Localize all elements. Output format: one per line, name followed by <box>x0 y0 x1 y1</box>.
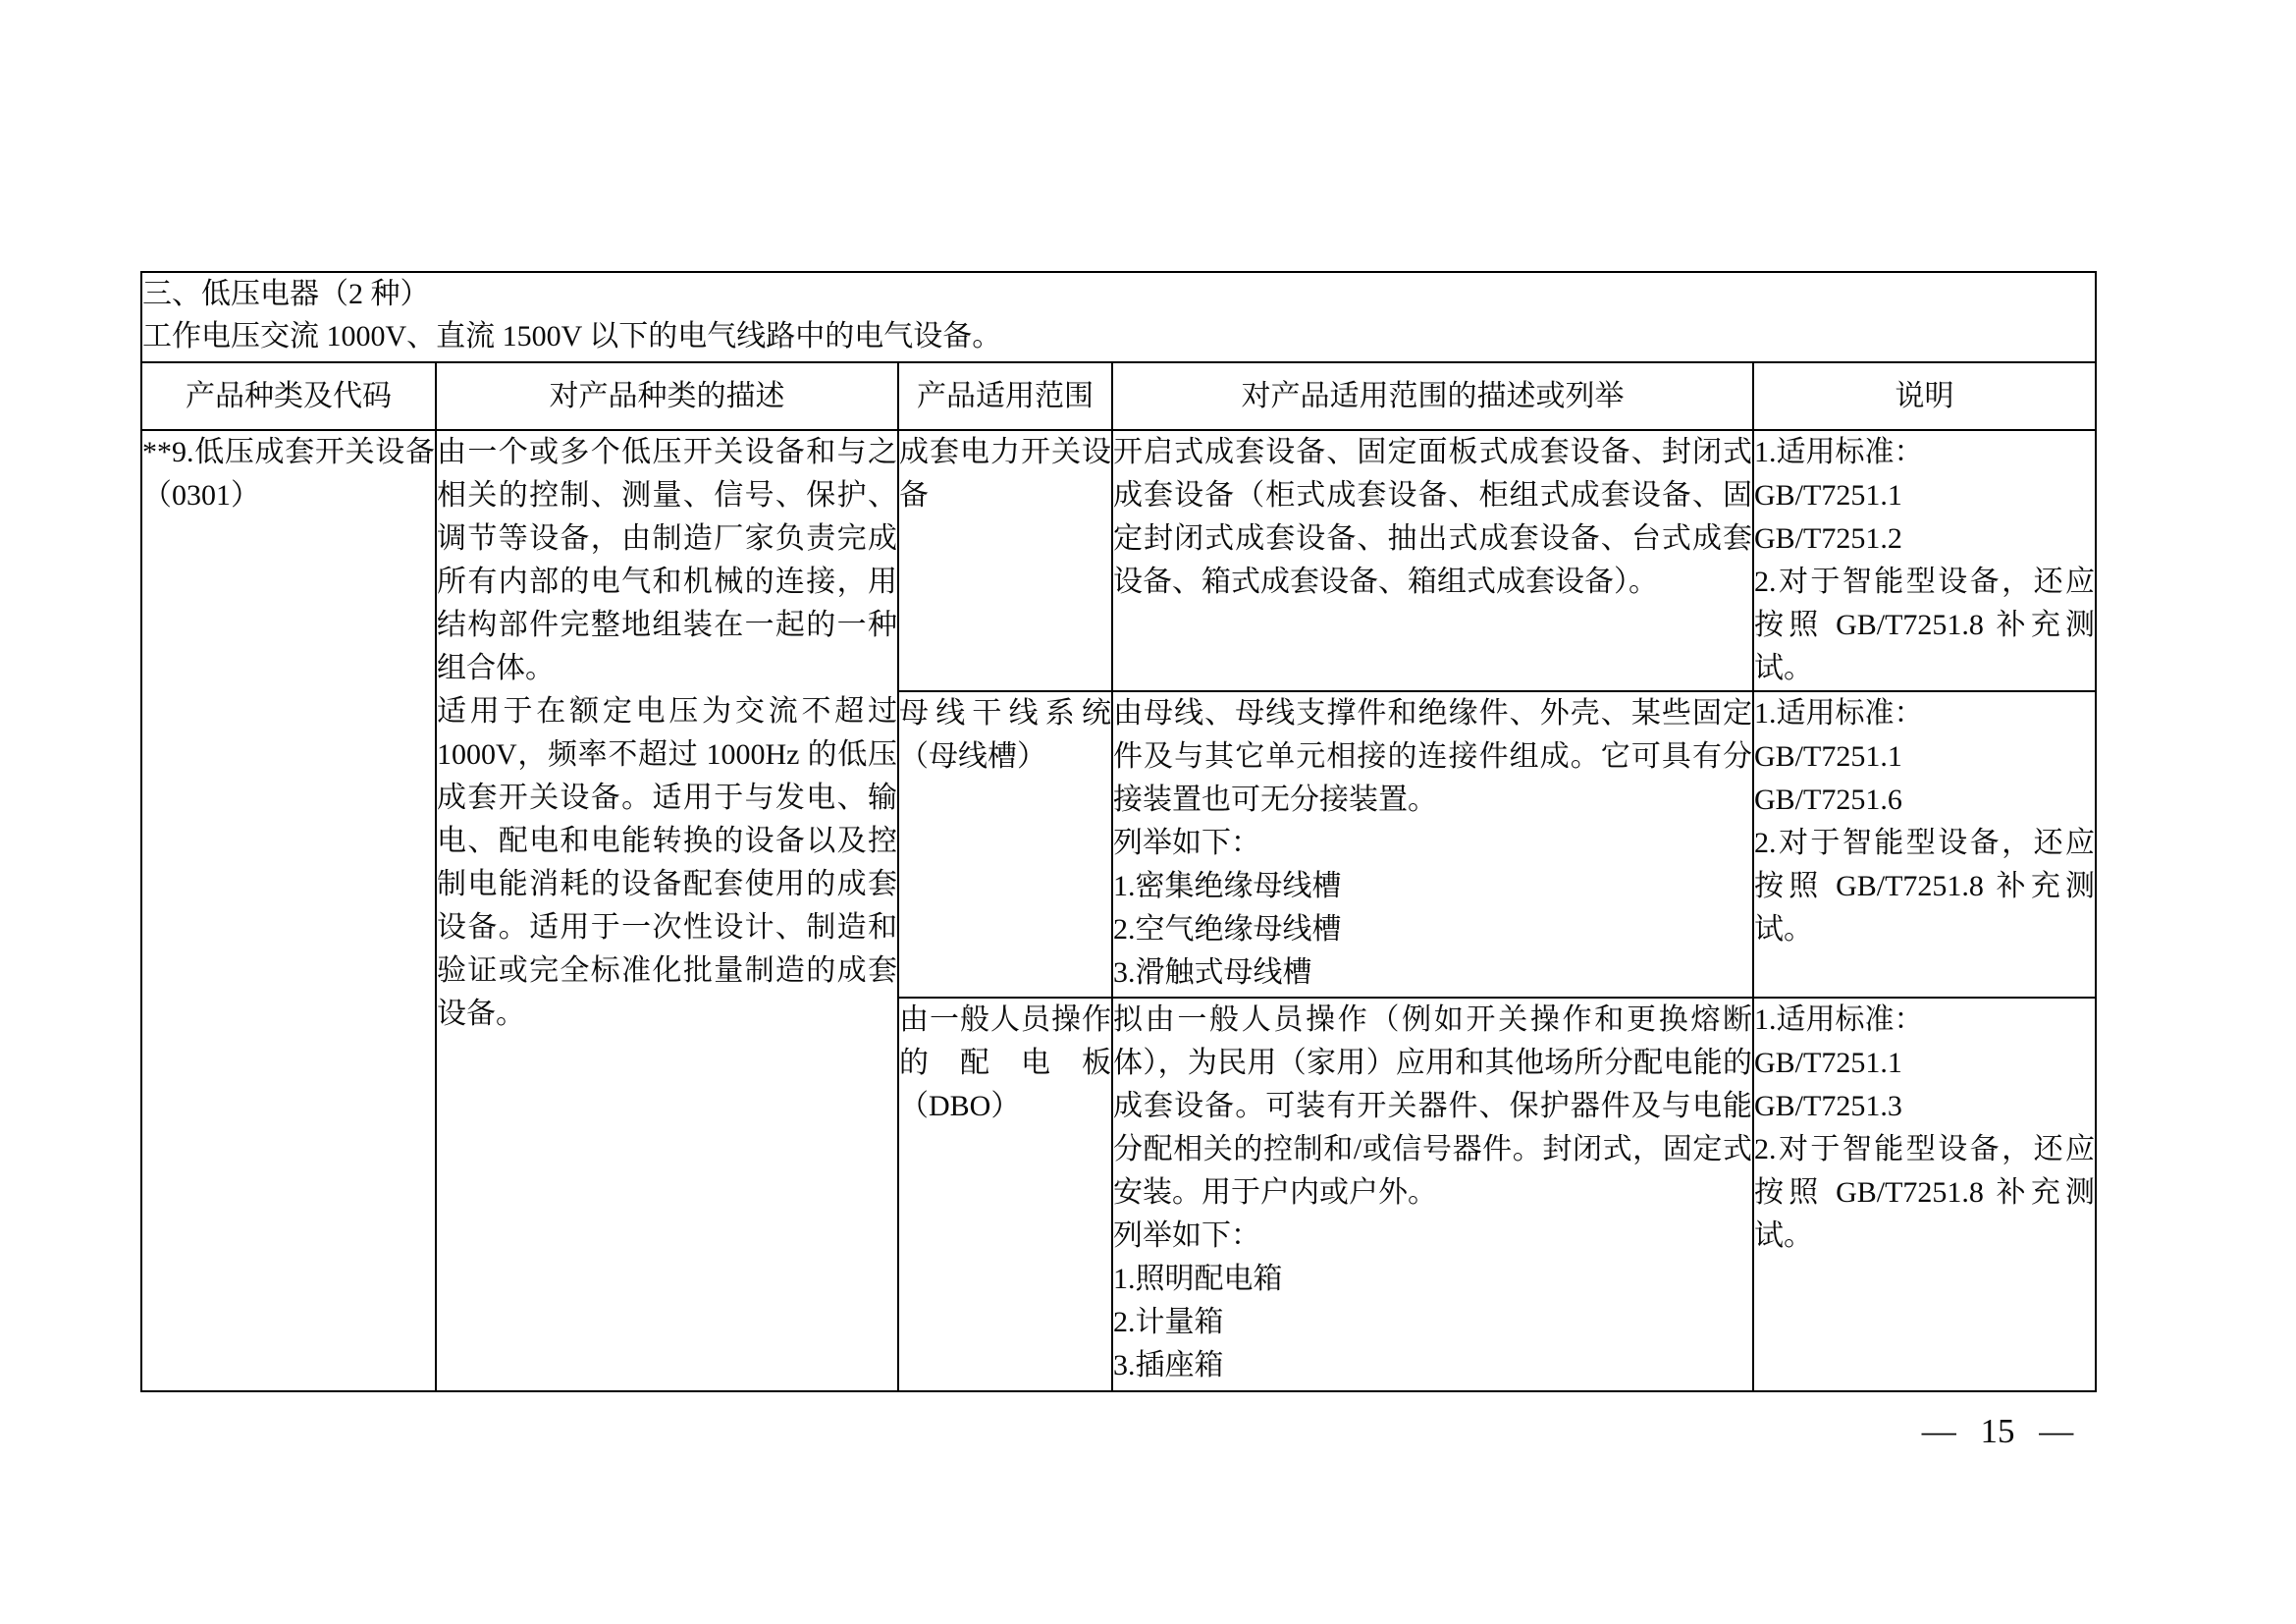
column-header-applicable-scope: 产品适用范围 <box>898 362 1112 430</box>
note-line: GB/T7251.3 <box>1754 1085 2095 1128</box>
product-description-paragraph: 由一个或多个低压开关设备和与之相关的控制、测量、信号、保护、调节等设备，由制造厂… <box>437 431 897 690</box>
cell-scope-description-row2: 由母线、母线支撑件和绝缘件、外壳、某些固定件及与其它单元相接的连接件组成。它可具… <box>1112 691 1753 998</box>
document-page: 三、低压电器（2 种） 工作电压交流 1000V、直流 1500V 以下的电气线… <box>0 0 2296 1624</box>
scope-description-list-item: 2.空气绝缘母线槽 <box>1113 908 1752 951</box>
product-name-code: **9.低压成套开关设备（0301） <box>142 431 435 517</box>
scope-description-list-item: 3.滑触式母线槽 <box>1113 951 1752 995</box>
section-header-row: 三、低压电器（2 种） 工作电压交流 1000V、直流 1500V 以下的电气线… <box>141 272 2096 362</box>
note-line: GB/T7251.6 <box>1754 779 2095 822</box>
page-number: — 15 — <box>1860 1402 2135 1461</box>
scope-description-list-item: 1.密集绝缘母线槽 <box>1113 865 1752 908</box>
section-title: 三、低压电器（2 种） <box>142 273 2095 315</box>
section-header-cell: 三、低压电器（2 种） 工作电压交流 1000V、直流 1500V 以下的电气线… <box>141 272 2096 362</box>
cell-scope-row3: 由一般人员操作的配电板（DBO） <box>898 998 1112 1391</box>
cell-scope-description-row3: 拟由一般人员操作（例如开关操作和更换熔断体），为民用（家用）应用和其他场所分配电… <box>1112 998 1753 1391</box>
column-header-product-type-code: 产品种类及代码 <box>141 362 436 430</box>
note-line: 1.适用标准： <box>1754 999 2095 1042</box>
cell-scope-row2: 母线干线系统（母线槽） <box>898 691 1112 998</box>
cell-notes-row1: 1.适用标准： GB/T7251.1 GB/T7251.2 2.对于智能型设备，… <box>1753 430 2096 691</box>
scope-description-paragraph: 开启式成套设备、固定面板式成套设备、封闭式成套设备（柜式成套设备、柜组式成套设备… <box>1113 431 1752 604</box>
cell-product-description: 由一个或多个低压开关设备和与之相关的控制、测量、信号、保护、调节等设备，由制造厂… <box>436 430 898 1391</box>
product-spec-table: 三、低压电器（2 种） 工作电压交流 1000V、直流 1500V 以下的电气线… <box>140 271 2097 1392</box>
note-line: GB/T7251.1 <box>1754 735 2095 779</box>
column-header-row: 产品种类及代码 对产品种类的描述 产品适用范围 对产品适用范围的描述或列举 说明 <box>141 362 2096 430</box>
scope-text: 母线干线系统（母线槽） <box>899 692 1111 779</box>
note-line: 1.适用标准： <box>1754 431 2095 474</box>
table-row: **9.低压成套开关设备（0301） 由一个或多个低压开关设备和与之相关的控制、… <box>141 430 2096 691</box>
scope-description-list-item: 2.计量箱 <box>1113 1301 1752 1344</box>
scope-text: 成套电力开关设备 <box>899 431 1111 517</box>
note-line: 2.对于智能型设备，还应按照 GB/T7251.8 补充测试。 <box>1754 1128 2095 1258</box>
note-line: 2.对于智能型设备，还应按照 GB/T7251.8 补充测试。 <box>1754 822 2095 951</box>
scope-text: 由一般人员操作的配电板（DBO） <box>899 999 1111 1128</box>
note-line: GB/T7251.2 <box>1754 517 2095 561</box>
cell-notes-row2: 1.适用标准： GB/T7251.1 GB/T7251.6 2.对于智能型设备，… <box>1753 691 2096 998</box>
scope-description-paragraph: 列举如下： <box>1113 1215 1752 1258</box>
scope-description-paragraph: 拟由一般人员操作（例如开关操作和更换熔断体），为民用（家用）应用和其他场所分配电… <box>1113 999 1752 1215</box>
column-header-scope-description: 对产品适用范围的描述或列举 <box>1112 362 1753 430</box>
note-line: GB/T7251.1 <box>1754 474 2095 517</box>
section-subtitle: 工作电压交流 1000V、直流 1500V 以下的电气线路中的电气设备。 <box>142 315 2095 357</box>
cell-notes-row3: 1.适用标准： GB/T7251.1 GB/T7251.3 2.对于智能型设备，… <box>1753 998 2096 1391</box>
scope-description-list-item: 3.插座箱 <box>1113 1344 1752 1387</box>
cell-scope-row1: 成套电力开关设备 <box>898 430 1112 691</box>
note-line: 1.适用标准： <box>1754 692 2095 735</box>
note-line: GB/T7251.1 <box>1754 1042 2095 1085</box>
column-header-product-description: 对产品种类的描述 <box>436 362 898 430</box>
scope-description-paragraph: 列举如下： <box>1113 822 1752 865</box>
column-header-notes: 说明 <box>1753 362 2096 430</box>
cell-product-name-code: **9.低压成套开关设备（0301） <box>141 430 436 1391</box>
note-line: 2.对于智能型设备，还应按照 GB/T7251.8 补充测试。 <box>1754 561 2095 690</box>
scope-description-paragraph: 由母线、母线支撑件和绝缘件、外壳、某些固定件及与其它单元相接的连接件组成。它可具… <box>1113 692 1752 822</box>
product-description-paragraph: 适用于在额定电压为交流不超过 1000V，频率不超过 1000Hz 的低压成套开… <box>437 690 897 1036</box>
cell-scope-description-row1: 开启式成套设备、固定面板式成套设备、封闭式成套设备（柜式成套设备、柜组式成套设备… <box>1112 430 1753 691</box>
scope-description-list-item: 1.照明配电箱 <box>1113 1258 1752 1301</box>
